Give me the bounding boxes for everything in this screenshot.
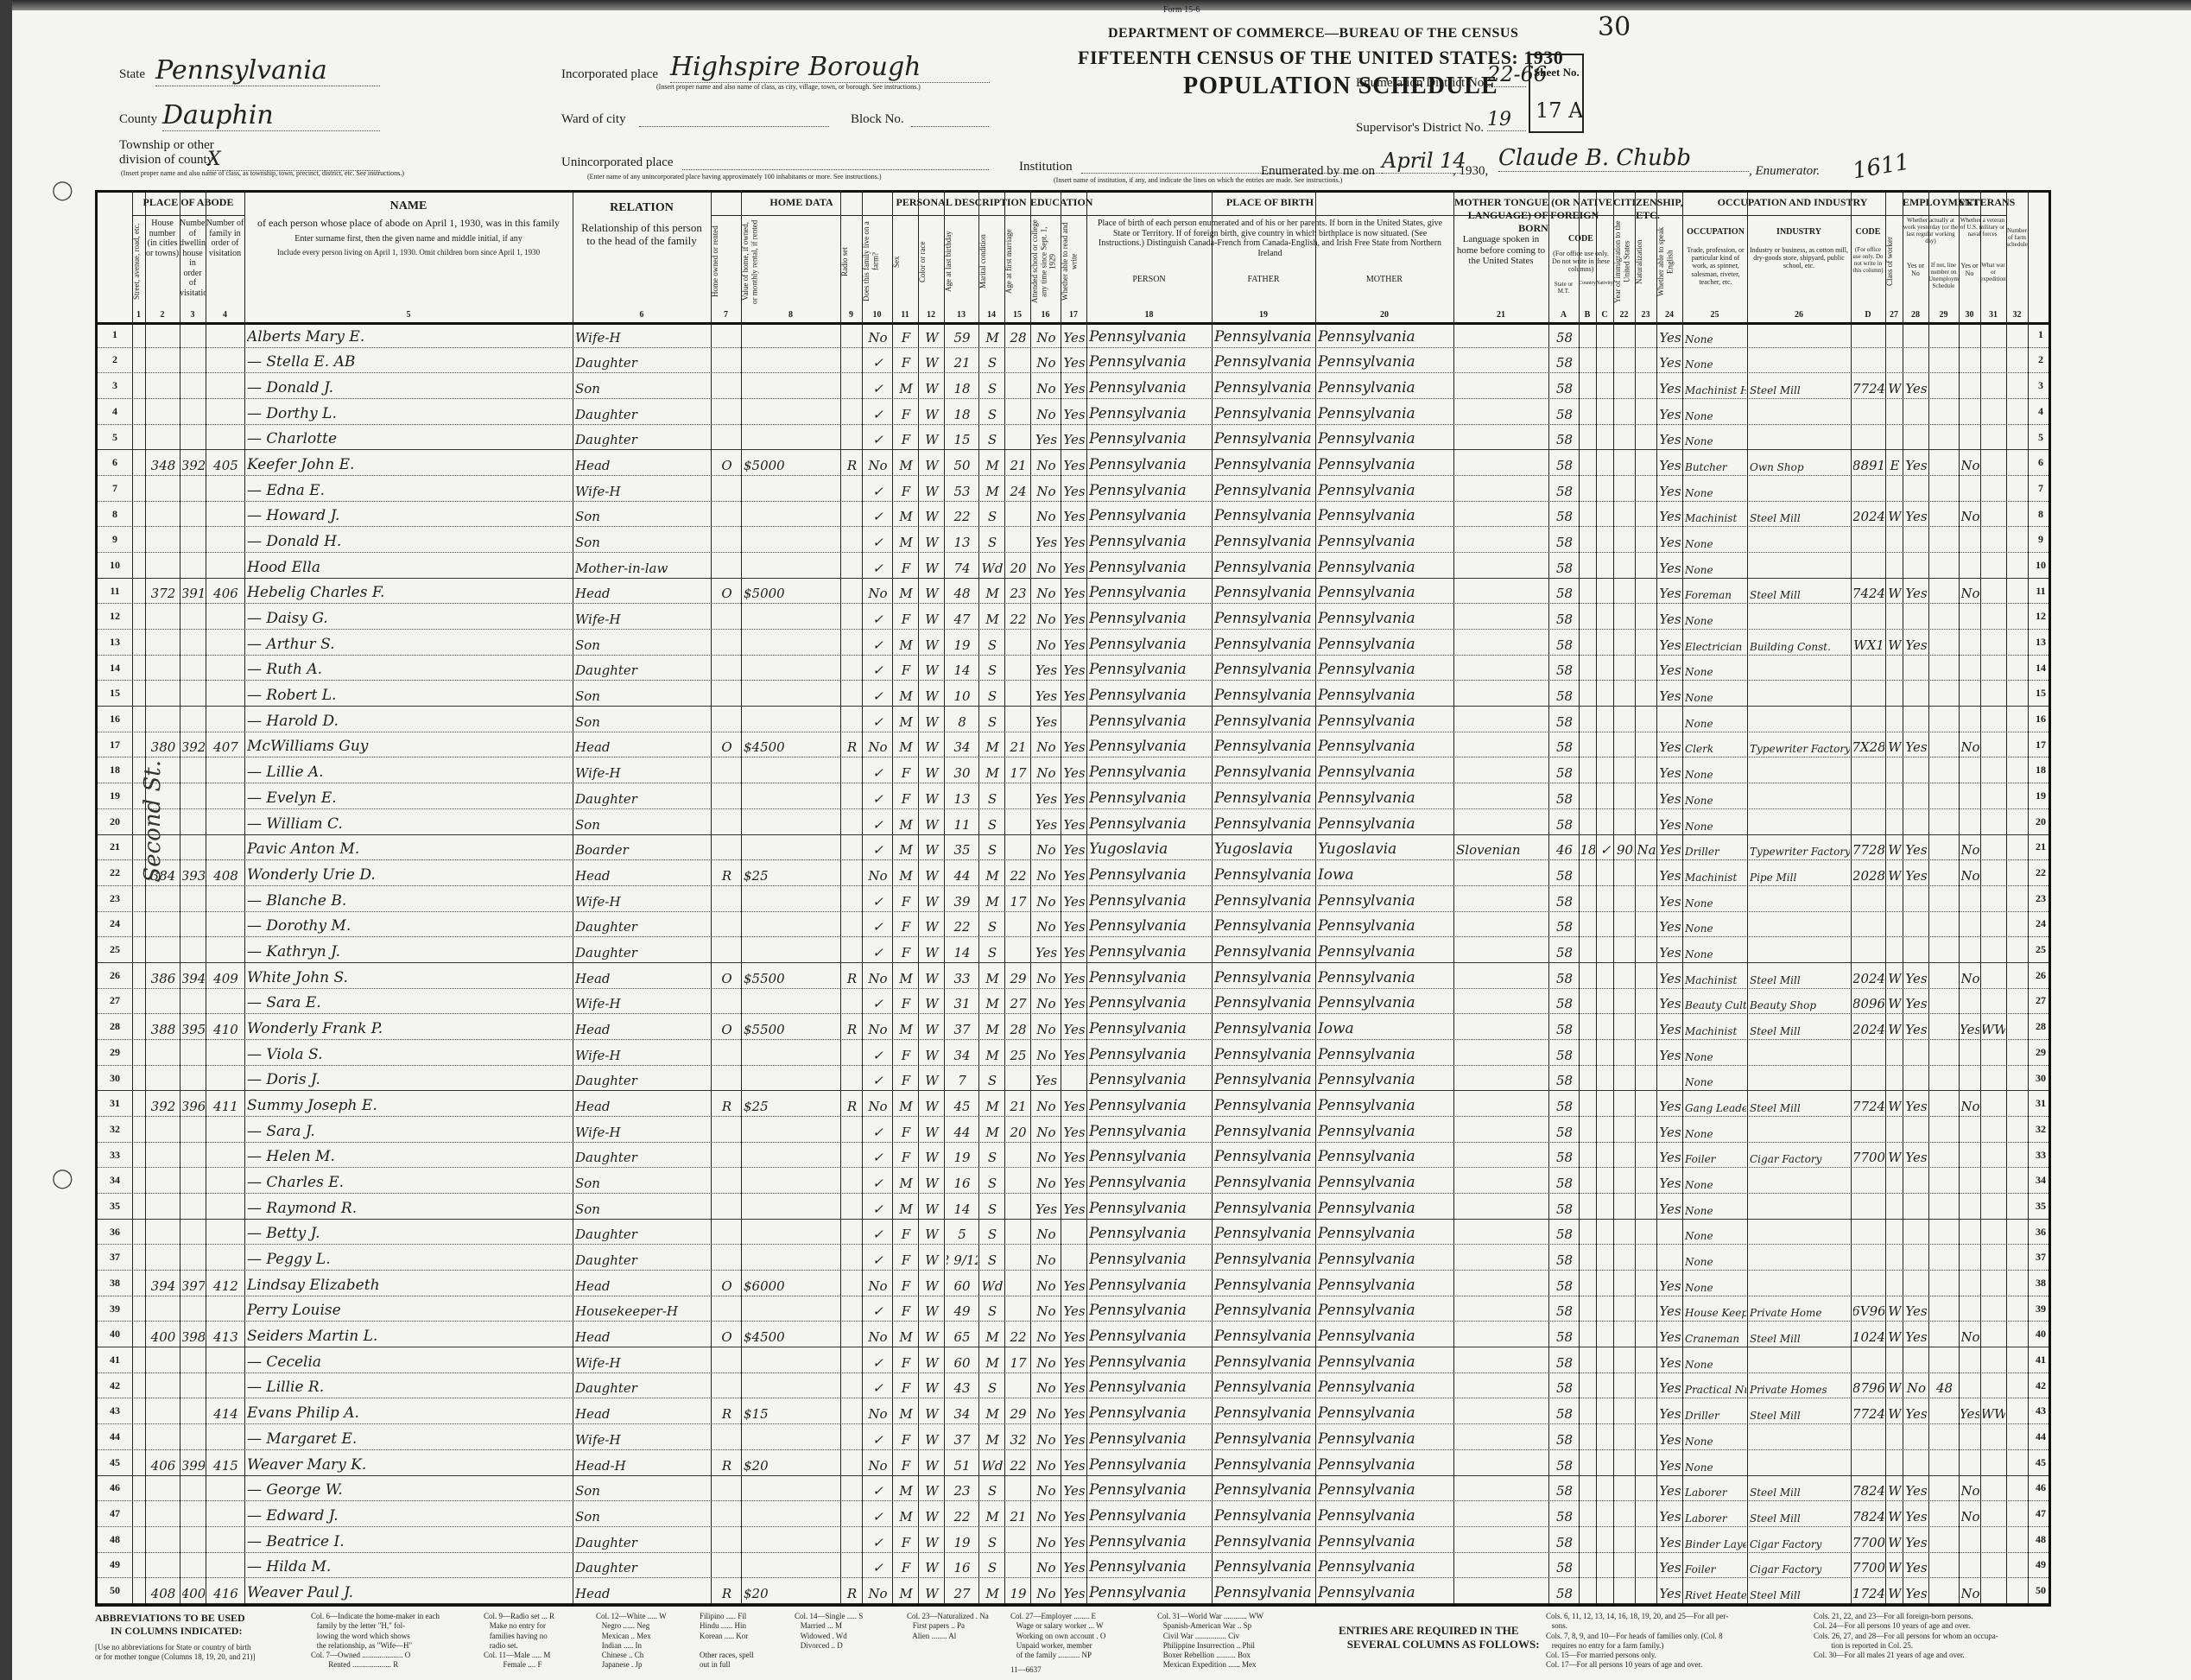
header-occupation-desc: Trade, profession, or particular kind of… — [1684, 246, 1747, 305]
cell-radio — [843, 373, 861, 398]
column-divider — [1004, 193, 1005, 1604]
cell-farm_sched — [2009, 1091, 2027, 1116]
cell-war — [1983, 604, 2005, 629]
enumerator-label: , Enumerator. — [1749, 164, 1820, 179]
cell-relation: Wife-H — [575, 322, 710, 347]
group-occupation-industry: OCCUPATION AND INDUSTRY — [1682, 196, 1903, 216]
cell-imm — [1616, 1322, 1634, 1347]
cell-race: W — [921, 1245, 943, 1270]
cell-codeD — [1853, 1040, 1884, 1065]
cell-family — [208, 1296, 244, 1322]
cell-mother: Pennsylvania — [1318, 1373, 1453, 1398]
cell-school: No — [1033, 579, 1060, 604]
cell-sex: M — [895, 1476, 917, 1501]
cell-class — [1888, 1117, 1902, 1142]
line-number-right: 17 — [2028, 732, 2054, 758]
cell-birth: Pennsylvania — [1089, 758, 1211, 783]
cell-birth: Pennsylvania — [1089, 1245, 1211, 1270]
cell-unemp — [1931, 682, 1958, 707]
cell-owned — [713, 1117, 740, 1142]
cell-school: Yes — [1033, 783, 1060, 808]
cell-codeD — [1853, 656, 1884, 681]
cell-codeC — [1599, 783, 1612, 808]
cell-farm: ✓ — [864, 1501, 891, 1526]
cell-school: Yes — [1033, 937, 1060, 962]
cell-birth: Pennsylvania — [1089, 630, 1211, 655]
cell-school: No — [1033, 399, 1060, 424]
cell-birth: Pennsylvania — [1089, 579, 1211, 604]
table-row: 47— Edward J.Son✓MW22M21NoYesPennsylvani… — [98, 1501, 2049, 1527]
cell-class — [1888, 1066, 1902, 1091]
cell-class: W — [1888, 860, 1902, 885]
header-imm: Year of immigration to the United States — [1613, 219, 1635, 305]
cell-name: Evans Philip A. — [247, 1399, 572, 1424]
cell-father: Pennsylvania — [1214, 783, 1314, 808]
cell-dwelling — [182, 1424, 205, 1449]
cell-dwelling — [182, 630, 205, 655]
cell-farm: ✓ — [864, 1296, 891, 1322]
cell-race: W — [921, 1450, 943, 1475]
cell-codeD — [1853, 682, 1884, 707]
cell-read — [1063, 1066, 1086, 1091]
cell-street — [135, 886, 144, 911]
township-field: X — [207, 149, 380, 171]
cell-unemp — [1931, 1501, 1958, 1526]
cell-house — [148, 1296, 179, 1322]
cell-birth: Pennsylvania — [1089, 1476, 1211, 1501]
cell-street — [135, 937, 144, 962]
cell-english: Yes — [1659, 937, 1681, 962]
cell-relation: Daughter — [575, 1553, 710, 1578]
cell-codeB — [1581, 860, 1595, 885]
cell-owned — [713, 322, 740, 347]
cell-codeA: 58 — [1551, 450, 1578, 475]
cell-race: W — [921, 783, 943, 808]
cell-street — [135, 1399, 144, 1424]
cell-mother: Pennsylvania — [1318, 1450, 1453, 1475]
cell-codeB — [1581, 1399, 1595, 1424]
cell-owned — [713, 373, 740, 398]
line-number: 45 — [98, 1450, 132, 1475]
cell-work — [1905, 937, 1928, 962]
scan-edge-left — [0, 0, 12, 1680]
cell-name: — William C. — [247, 809, 572, 834]
cell-sex: M — [895, 1091, 917, 1116]
form-number: Form 15-6 — [1163, 5, 1200, 15]
cell-farm_sched — [2009, 1424, 2027, 1449]
cell-race: W — [921, 937, 943, 962]
cell-owned — [713, 630, 740, 655]
cell-age: 14 — [947, 1194, 978, 1219]
cell-birth: Yugoslavia — [1089, 835, 1211, 860]
column-divider — [918, 193, 919, 1604]
cell-race: W — [921, 1322, 943, 1347]
cell-birth: Pennsylvania — [1089, 1091, 1211, 1116]
group-mother-tongue: MOTHER TONGUE (OR NATIVE LANGUAGE) OF FO… — [1453, 196, 1613, 216]
cell-dwelling — [182, 1220, 205, 1245]
cell-dwelling — [182, 835, 205, 860]
cell-codeB — [1581, 682, 1595, 707]
cell-vet — [1961, 989, 1979, 1014]
cell-imm — [1616, 989, 1634, 1014]
line-number-right: 7 — [2028, 476, 2054, 501]
enum-district-label: Enumeration District No. — [1356, 76, 1487, 91]
column-number: 22 — [1613, 310, 1635, 320]
cell-street — [135, 1091, 144, 1116]
cell-class — [1888, 1168, 1902, 1193]
cell-race: W — [921, 425, 943, 450]
cell-race: W — [921, 604, 943, 629]
cell-codeC — [1599, 1220, 1612, 1245]
cell-industry — [1750, 937, 1850, 962]
sheet-label: Sheet No. — [1534, 66, 1580, 79]
cell-school: No — [1033, 553, 1060, 578]
cell-class — [1888, 476, 1902, 501]
cell-english: Yes — [1659, 1322, 1681, 1347]
abbr-title: ABBREVIATIONS TO BE USED IN COLUMNS INDI… — [95, 1612, 245, 1638]
cell-unemp — [1931, 860, 1958, 885]
cell-birth: Pennsylvania — [1089, 1527, 1211, 1552]
cell-farm_sched — [2009, 579, 2027, 604]
cell-age_marr: 22 — [1007, 1450, 1029, 1475]
column-divider — [1613, 193, 1614, 1604]
cell-codeA: 58 — [1551, 1347, 1578, 1373]
cell-farm_sched — [2009, 1143, 2027, 1168]
cell-age_marr: 20 — [1007, 553, 1029, 578]
cell-codeB — [1581, 758, 1595, 783]
cell-house: 388 — [148, 1014, 179, 1039]
state-field: Pennsylvania — [155, 55, 380, 86]
cell-farm: ✓ — [864, 937, 891, 962]
cell-family: 406 — [208, 579, 244, 604]
cell-house — [148, 322, 179, 347]
cell-value — [744, 1194, 839, 1219]
cell-english: Yes — [1659, 476, 1681, 501]
header-family: Number of family in order of visitation — [206, 219, 244, 305]
cell-family: 405 — [208, 450, 244, 475]
cell-nat — [1637, 1450, 1656, 1475]
cell-dwelling — [182, 373, 205, 398]
cell-unemp — [1931, 989, 1958, 1014]
cell-codeA: 58 — [1551, 604, 1578, 629]
cell-relation: Wife-H — [575, 886, 710, 911]
cell-race: W — [921, 1296, 943, 1322]
cell-dwelling: 398 — [182, 1322, 205, 1347]
cell-codeB — [1581, 1271, 1595, 1296]
margin-initials: 1611 — [1851, 149, 1911, 184]
cell-tongue — [1456, 604, 1548, 629]
cell-imm — [1616, 1014, 1634, 1039]
cell-read — [1063, 1220, 1086, 1245]
cell-age_marr: 29 — [1007, 1399, 1029, 1424]
line-number-right: 25 — [2028, 937, 2054, 962]
cell-codeB — [1581, 1168, 1595, 1193]
cell-unemp — [1931, 1578, 1958, 1603]
table-row: 35— Raymond R.Son✓MW14SYesYesPennsylvani… — [98, 1194, 2049, 1220]
cell-marital: S — [981, 707, 1004, 732]
cell-street — [135, 912, 144, 937]
table-row: 46— George W.Son✓MW23SNoYesPennsylvaniaP… — [98, 1476, 2049, 1502]
cell-codeD — [1853, 937, 1884, 962]
cell-industry — [1750, 1450, 1850, 1475]
cell-relation: Daughter — [575, 425, 710, 450]
cell-english: Yes — [1659, 1424, 1681, 1449]
cell-marital: Wd — [981, 553, 1004, 578]
line-number-right: 50 — [2028, 1578, 2054, 1603]
line-number-right: 16 — [2028, 707, 2054, 732]
cell-dwelling: 400 — [182, 1578, 205, 1603]
cell-birth: Pennsylvania — [1089, 425, 1211, 450]
cell-nat — [1637, 1220, 1656, 1245]
cell-birth: Pennsylvania — [1089, 1578, 1211, 1603]
cell-unemp — [1931, 579, 1958, 604]
cell-race: W — [921, 1040, 943, 1065]
line-number-right: 13 — [2028, 630, 2054, 655]
cell-radio — [843, 1168, 861, 1193]
cell-relation: Son — [575, 1476, 710, 1501]
cell-house — [148, 1347, 179, 1373]
abbr-col23: Col. 23—Naturalized . Na First papers ..… — [907, 1612, 989, 1641]
cell-work — [1905, 809, 1928, 834]
cell-radio — [843, 1553, 861, 1578]
cell-war — [1983, 373, 2005, 398]
cell-relation: Boarder — [575, 835, 710, 860]
table-row: 2— Stella E. ABDaughter✓FW21SNoYesPennsy… — [98, 348, 2049, 374]
cell-race: W — [921, 1168, 943, 1193]
cell-nat — [1637, 630, 1656, 655]
cell-mother: Pennsylvania — [1318, 1527, 1453, 1552]
cell-codeB — [1581, 783, 1595, 808]
cell-codeD — [1853, 348, 1884, 373]
cell-marital: S — [981, 399, 1004, 424]
column-number: 9 — [840, 310, 862, 320]
cell-codeD: 7824 — [1853, 1501, 1884, 1526]
cell-vet — [1961, 1347, 1979, 1373]
cell-codeC — [1599, 1527, 1612, 1552]
cell-dwelling — [182, 502, 205, 527]
cell-occupation: Machinist — [1685, 502, 1746, 527]
cell-codeA: 58 — [1551, 1578, 1578, 1603]
column-number: 15 — [1004, 310, 1030, 320]
line-number: 4 — [98, 399, 132, 424]
line-number-right: 46 — [2028, 1476, 2054, 1501]
cell-read: Yes — [1063, 322, 1086, 347]
cell-nat — [1637, 425, 1656, 450]
cell-codeD — [1853, 1424, 1884, 1449]
cell-read: Yes — [1063, 1014, 1086, 1039]
table-row: 38394397412Lindsay ElizabethHeadO$6000No… — [98, 1271, 2049, 1296]
cell-owned — [713, 476, 740, 501]
cell-codeC — [1599, 425, 1612, 450]
cell-race: W — [921, 579, 943, 604]
cell-occupation: None — [1685, 527, 1746, 552]
cell-school: No — [1033, 476, 1060, 501]
table-row: 39Perry LouiseHousekeeper-H✓FW49SNoYesPe… — [98, 1296, 2049, 1322]
cell-race: W — [921, 1578, 943, 1603]
cell-read: Yes — [1063, 1527, 1086, 1552]
cell-race: W — [921, 1091, 943, 1116]
cell-english: Yes — [1659, 1143, 1681, 1168]
cell-codeC — [1599, 963, 1612, 988]
cell-farm: ✓ — [864, 783, 891, 808]
cell-name: — Howard J. — [247, 502, 572, 527]
cell-value — [744, 1501, 839, 1526]
cell-imm — [1616, 783, 1634, 808]
cell-radio — [843, 912, 861, 937]
institution-label: Institution — [1019, 160, 1073, 174]
cell-nat — [1637, 1143, 1656, 1168]
cell-marital: M — [981, 989, 1004, 1014]
cell-imm — [1616, 373, 1634, 398]
cell-tongue — [1456, 1501, 1548, 1526]
cell-value — [744, 758, 839, 783]
cell-name: — Margaret E. — [247, 1424, 572, 1449]
cell-class: E — [1888, 450, 1902, 475]
cell-house: 372 — [148, 579, 179, 604]
cell-owned: O — [713, 579, 740, 604]
cell-age_marr — [1007, 425, 1029, 450]
cell-occupation: None — [1685, 1450, 1746, 1475]
cell-age: 74 — [947, 553, 978, 578]
cell-relation: Son — [575, 502, 710, 527]
cell-age_marr — [1007, 399, 1029, 424]
cell-codeA: 58 — [1551, 783, 1578, 808]
cell-industry — [1750, 527, 1850, 552]
cell-tongue — [1456, 399, 1548, 424]
cell-read: Yes — [1063, 579, 1086, 604]
cell-class — [1888, 1424, 1902, 1449]
cell-street — [135, 1424, 144, 1449]
cell-nat — [1637, 399, 1656, 424]
cell-dwelling — [182, 783, 205, 808]
cell-birth: Pennsylvania — [1089, 502, 1211, 527]
cell-age: 43 — [947, 1373, 978, 1398]
table-row: 48— Beatrice I.Daughter✓FW19SNoYesPennsy… — [98, 1527, 2049, 1553]
cell-dwelling — [182, 758, 205, 783]
cell-read: Yes — [1063, 1553, 1086, 1578]
cell-occupation: None — [1685, 912, 1746, 937]
cell-sex: M — [895, 963, 917, 988]
cell-age: 10 — [947, 682, 978, 707]
abbr-col14: Col. 14—Single ..... S Married ... M Wid… — [795, 1612, 863, 1651]
cell-occupation: None — [1685, 682, 1746, 707]
column-divider — [1928, 193, 1929, 1604]
line-number: 8 — [98, 502, 132, 527]
incorporated-field: Highspire Borough — [670, 52, 990, 83]
cell-english: Yes — [1659, 1347, 1681, 1373]
cell-street — [135, 502, 144, 527]
cell-name: — Arthur S. — [247, 630, 572, 655]
cell-race: W — [921, 399, 943, 424]
cell-farm_sched — [2009, 604, 2027, 629]
cell-street — [135, 553, 144, 578]
line-number: 30 — [98, 1066, 132, 1091]
cell-school: No — [1033, 1296, 1060, 1322]
header-code-d-desc: (For office use only. Do not write in th… — [1851, 246, 1885, 305]
cell-radio — [843, 656, 861, 681]
cell-marital: S — [981, 1143, 1004, 1168]
cell-occupation: None — [1685, 1271, 1746, 1296]
cell-value: $25 — [744, 860, 839, 885]
cell-read: Yes — [1063, 912, 1086, 937]
cell-mother: Pennsylvania — [1318, 912, 1453, 937]
cell-farm: ✓ — [864, 1476, 891, 1501]
cell-english: Yes — [1659, 1476, 1681, 1501]
cell-farm_sched — [2009, 1501, 2027, 1526]
cell-house — [148, 1527, 179, 1552]
cell-war — [1983, 1040, 2005, 1065]
cell-school: No — [1033, 1476, 1060, 1501]
cell-farm_sched — [2009, 732, 2027, 758]
cell-dwelling — [182, 1117, 205, 1142]
cell-occupation: None — [1685, 758, 1746, 783]
table-row: 26386394409White John S.HeadO$5500RNoMW3… — [98, 963, 2049, 989]
entries-list-1: Cols. 6, 11, 12, 13, 14, 16, 18, 19, 20,… — [1546, 1612, 1728, 1670]
cell-family — [208, 373, 244, 398]
cell-read: Yes — [1063, 1450, 1086, 1475]
cell-vet — [1961, 1066, 1979, 1091]
cell-value — [744, 502, 839, 527]
cell-father: Pennsylvania — [1214, 682, 1314, 707]
cell-industry: Cigar Factory — [1750, 1527, 1850, 1552]
cell-school: Yes — [1033, 1066, 1060, 1091]
cell-vet — [1961, 783, 1979, 808]
cell-nat — [1637, 1014, 1656, 1039]
cell-unemp — [1931, 912, 1958, 937]
line-number: 21 — [98, 835, 132, 860]
cell-farm_sched — [2009, 1347, 2027, 1373]
cell-father: Pennsylvania — [1214, 732, 1314, 758]
cell-codeB — [1581, 989, 1595, 1014]
cell-war — [1983, 579, 2005, 604]
cell-farm_sched — [2009, 783, 2027, 808]
cell-relation: Son — [575, 630, 710, 655]
cell-nat — [1637, 1424, 1656, 1449]
cell-age_marr — [1007, 1220, 1029, 1245]
cell-codeB — [1581, 1501, 1595, 1526]
cell-owned — [713, 682, 740, 707]
cell-farm: No — [864, 860, 891, 885]
cell-vet — [1961, 809, 1979, 834]
cell-street — [135, 1347, 144, 1373]
cell-unemp — [1931, 1322, 1958, 1347]
cell-birth: Pennsylvania — [1089, 963, 1211, 988]
cell-family: 409 — [208, 963, 244, 988]
cell-codeD: 7724 — [1853, 1399, 1884, 1424]
cell-name: — Donald H. — [247, 527, 572, 552]
cell-race: W — [921, 1373, 943, 1398]
cell-race: W — [921, 732, 943, 758]
line-number: 3 — [98, 373, 132, 398]
cell-work — [1905, 1347, 1928, 1373]
cell-codeD — [1853, 809, 1884, 834]
cell-class: W — [1888, 1014, 1902, 1039]
cell-imm — [1616, 604, 1634, 629]
column-number: 5 — [244, 310, 573, 320]
cell-class: W — [1888, 963, 1902, 988]
cell-tongue — [1456, 809, 1548, 834]
cell-name: — Helen M. — [247, 1143, 572, 1168]
cell-class: W — [1888, 1399, 1902, 1424]
cell-school: No — [1033, 1450, 1060, 1475]
cell-value — [744, 373, 839, 398]
cell-age: 7 — [947, 1066, 978, 1091]
line-number-right: 26 — [2028, 963, 2054, 988]
cell-family — [208, 1553, 244, 1578]
ward-field — [639, 124, 829, 127]
line-number: 31 — [98, 1091, 132, 1116]
column-divider — [1851, 193, 1852, 1604]
